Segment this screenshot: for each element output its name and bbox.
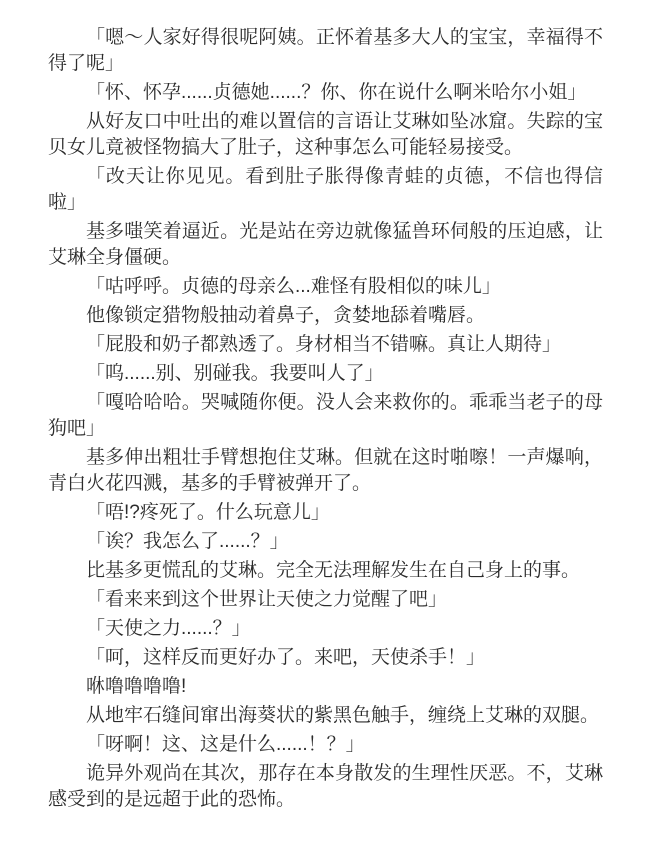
novel-text-body: 「嗯～人家好得很呢阿姨。正怀着基多大人的宝宝，幸福得不得了呢」「怀、怀孕....… (48, 25, 603, 813)
paragraph: 他像锁定猎物般抽动着鼻子，贪婪地舔着嘴唇。 (48, 303, 603, 329)
paragraph: 「唔!?疼死了。什么玩意儿」 (48, 500, 603, 526)
paragraph: 「咕呼呼。贞德的母亲么...难怪有股相似的味儿」 (48, 274, 603, 300)
paragraph: 从好友口中吐出的难以置信的言语让艾琳如坠冰窟。失踪的宝贝女儿竟被怪物搞大了肚子，… (48, 109, 603, 161)
paragraph: 基多嗤笑着逼近。光是站在旁边就像猛兽环伺般的压迫感，让艾琳全身僵硬。 (48, 219, 603, 271)
paragraph: 「呀啊！这、这是什么......！？」 (48, 732, 603, 758)
paragraph: 「改天让你见见。看到肚子胀得像青蛙的贞德，不信也得信啦」 (48, 164, 603, 216)
novel-page: 「嗯～人家好得很呢阿姨。正怀着基多大人的宝宝，幸福得不得了呢」「怀、怀孕....… (48, 0, 603, 813)
paragraph: 从地牢石缝间窜出海葵状的紫黑色触手，缠绕上艾琳的双腿。 (48, 703, 603, 729)
paragraph: 「呵，这样反而更好办了。来吧，天使杀手！」 (48, 645, 603, 671)
paragraph: 基多伸出粗壮手臂想抱住艾琳。但就在这时啪嚓！一声爆响，青白火花四溅，基多的手臂被… (48, 445, 603, 497)
paragraph: 「天使之力......？」 (48, 616, 603, 642)
paragraph: 「诶？我怎么了......？」 (48, 529, 603, 555)
paragraph: 比基多更慌乱的艾琳。完全无法理解发生在自己身上的事。 (48, 558, 603, 584)
paragraph: 「屁股和奶子都熟透了。身材相当不错嘛。真让人期待」 (48, 332, 603, 358)
paragraph: 诡异外观尚在其次，那存在本身散发的生理性厌恶。不，艾琳感受到的是远超于此的恐怖。 (48, 761, 603, 813)
paragraph: 咻噜噜噜噜! (48, 674, 603, 700)
paragraph: 「嗯～人家好得很呢阿姨。正怀着基多大人的宝宝，幸福得不得了呢」 (48, 25, 603, 77)
paragraph: 「呜......别、别碰我。我要叫人了」 (48, 361, 603, 387)
paragraph: 「看来来到这个世界让天使之力觉醒了吧」 (48, 587, 603, 613)
paragraph: 「嘎哈哈哈。哭喊随你便。没人会来救你的。乖乖当老子的母狗吧」 (48, 390, 603, 442)
paragraph: 「怀、怀孕......贞德她......？你、你在说什么啊米哈尔小姐」 (48, 80, 603, 106)
